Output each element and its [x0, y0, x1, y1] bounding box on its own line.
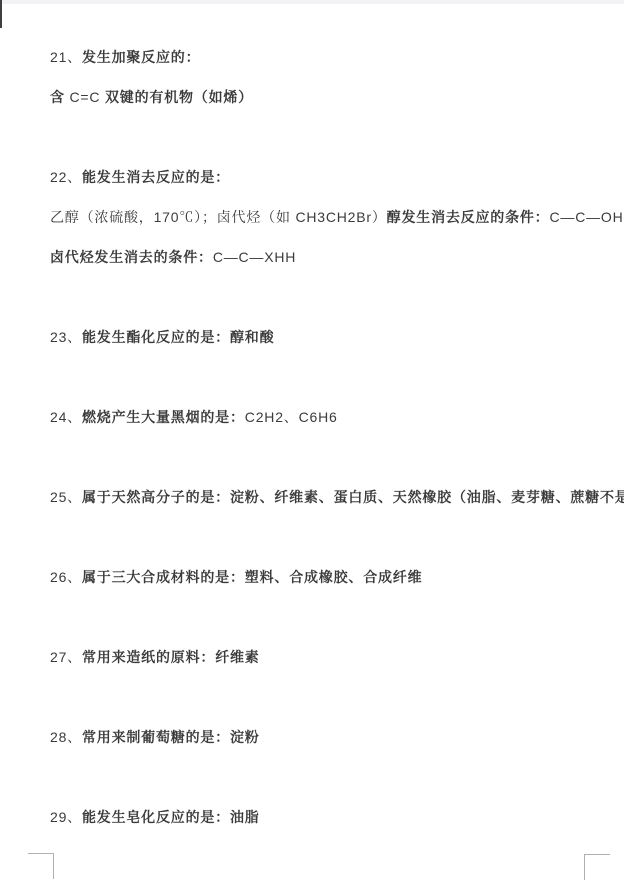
text-segment: 25、 — [50, 489, 82, 505]
text-segment: 22、 — [50, 169, 82, 185]
document-page: 21、发生加聚反应的：含 C=C 双键的有机物（如烯）22、能发生消去反应的是：… — [0, 0, 624, 892]
text-segment: 28、 — [50, 729, 82, 745]
text-segment: 卤代烃发生消去的条件： — [50, 249, 213, 265]
text-segment: 属于天然高分子的是： — [82, 489, 230, 505]
text-segment: 燃烧产生大量黑烟的是： — [82, 409, 245, 425]
text-segment: 能发生消去反应的是： — [82, 169, 230, 185]
text-segment: C=C — [70, 89, 106, 105]
text-segment: 属于三大合成材料的是： — [82, 569, 245, 585]
text-segment: 常用来造纸的原料： — [82, 649, 215, 665]
doc-line: 27、常用来造纸的原料：纤维素 — [50, 648, 260, 667]
text-segment: 塑料、合成橡胶、合成纤维 — [245, 569, 423, 585]
text-segment: C2H2、C6H6 — [245, 409, 338, 425]
doc-line: 21、发生加聚反应的： — [50, 48, 200, 67]
text-segment: 双键的有机物（如烯） — [105, 89, 253, 105]
doc-line: 24、燃烧产生大量黑烟的是：C2H2、C6H6 — [50, 408, 338, 427]
doc-line: 28、常用来制葡萄糖的是：淀粉 — [50, 728, 260, 747]
doc-line: 乙醇（浓硫酸，170℃）；卤代烃（如 CH3CH2Br）醇发生消去反应的条件：C… — [50, 208, 624, 227]
text-segment: 含 — [50, 89, 70, 105]
document-body: 21、发生加聚反应的：含 C=C 双键的有机物（如烯）22、能发生消去反应的是：… — [0, 0, 624, 892]
text-segment: 常用来制葡萄糖的是： — [82, 729, 230, 745]
text-segment: 23、 — [50, 329, 82, 345]
text-segment: 发生加聚反应的： — [82, 49, 200, 65]
doc-line: 含 C=C 双键的有机物（如烯） — [50, 88, 253, 107]
doc-line: 26、属于三大合成材料的是：塑料、合成橡胶、合成纤维 — [50, 568, 422, 587]
text-segment: 油脂 — [230, 809, 260, 825]
text-segment: 纤维素 — [215, 649, 259, 665]
text-segment: 29、 — [50, 809, 82, 825]
text-segment: 能发生酯化反应的是： — [82, 329, 230, 345]
text-segment: 能发生皂化反应的是： — [82, 809, 230, 825]
margin-mark-bottom-right — [584, 854, 610, 880]
doc-line: 25、属于天然高分子的是：淀粉、纤维素、蛋白质、天然橡胶（油脂、麦芽糖、蔗糖不是… — [50, 488, 624, 507]
text-segment: 24、 — [50, 409, 82, 425]
doc-line: 23、能发生酯化反应的是：醇和酸 — [50, 328, 274, 347]
text-segment: 27、 — [50, 649, 82, 665]
text-segment: 淀粉、纤维素、蛋白质、天然橡胶（油脂、麦芽糖、蔗糖不是） — [230, 489, 624, 505]
text-segment: 淀粉 — [230, 729, 260, 745]
text-segment: 醇发生消去反应的条件： — [387, 209, 550, 225]
text-segment: 26、 — [50, 569, 82, 585]
doc-line: 29、能发生皂化反应的是：油脂 — [50, 808, 260, 827]
margin-mark-bottom-left — [28, 853, 54, 879]
text-segment: C—C—XHH — [213, 249, 296, 265]
doc-line: 22、能发生消去反应的是： — [50, 168, 230, 187]
text-segment: 21、 — [50, 49, 82, 65]
text-segment: C—C—OH、 — [549, 209, 624, 225]
doc-line: 卤代烃发生消去的条件：C—C—XHH — [50, 248, 296, 267]
text-segment: 乙醇（浓硫酸，170℃）；卤代烃（如 CH3CH2Br） — [50, 209, 387, 225]
text-segment: 醇和酸 — [230, 329, 274, 345]
